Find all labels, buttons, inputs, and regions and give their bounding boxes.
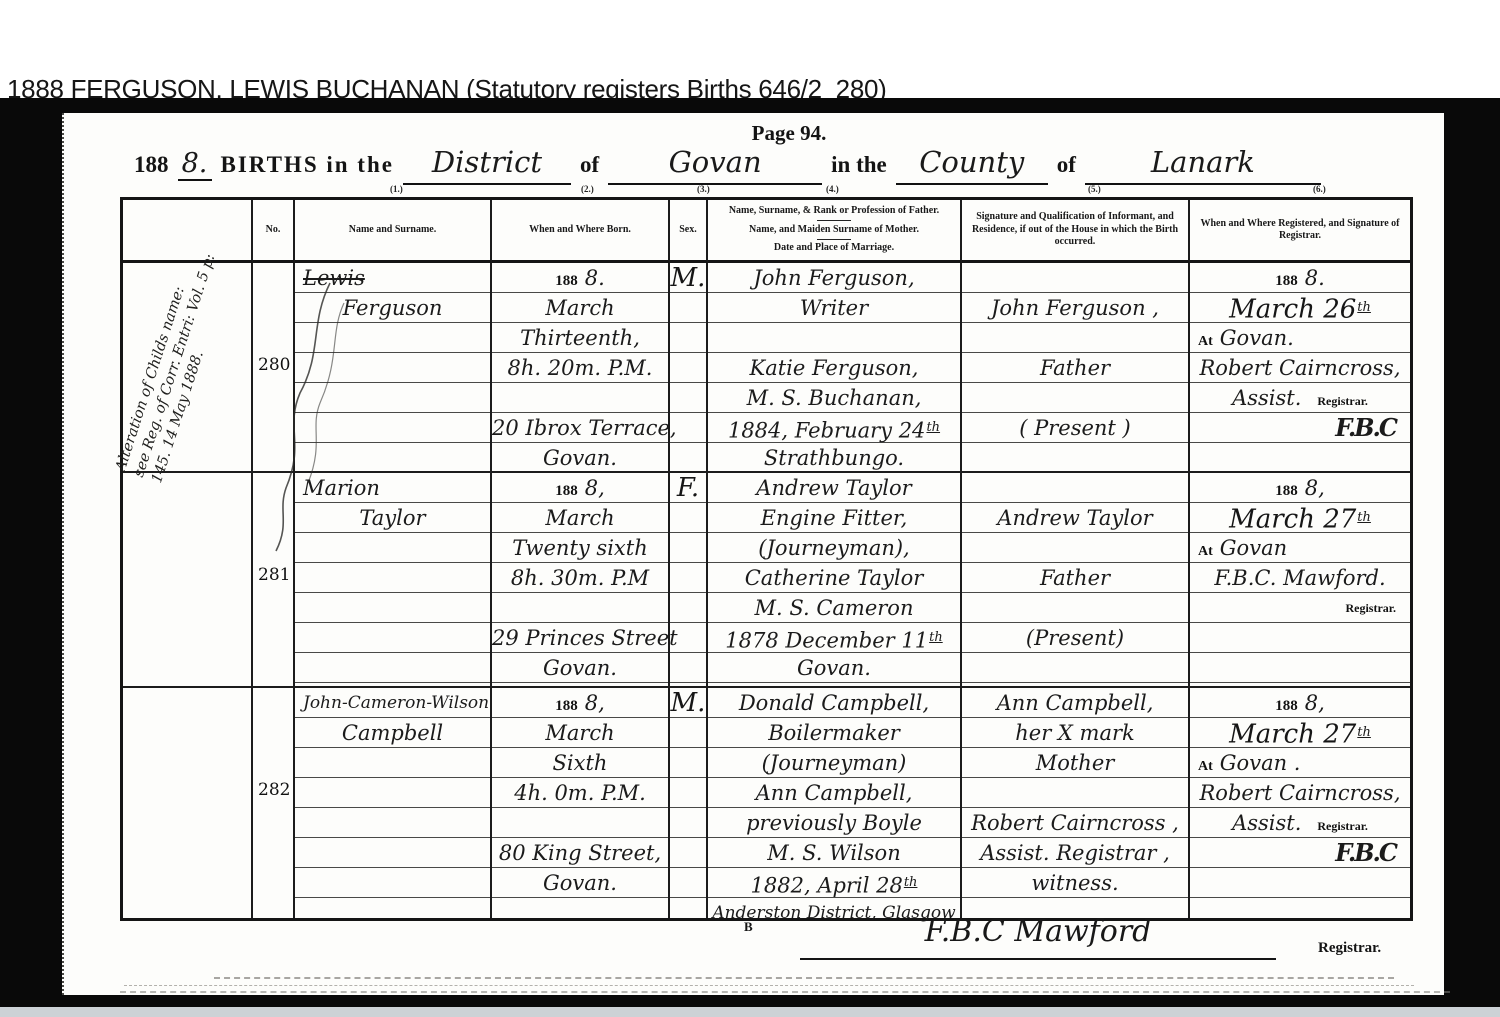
entry-line: 1888, (1190, 473, 1410, 503)
printed-text: At (1198, 759, 1213, 774)
column-number-3: (3.) (697, 184, 710, 194)
handwritten-text: previously Boyle (746, 811, 922, 835)
entry-line: Father (962, 563, 1188, 593)
entry-line: M. (670, 688, 706, 718)
handwritten-text: witness. (1031, 871, 1118, 895)
entry-line: 1888. (1190, 263, 1410, 293)
entry-line: Assist.Registrar. (1190, 808, 1410, 838)
column-number-1: (1.) (390, 184, 403, 194)
handwritten-text: 1884, February 24 (728, 418, 925, 442)
section-b-mark: B (744, 919, 753, 935)
handwritten-text: March (545, 296, 614, 320)
column-number-4: (4.) (826, 184, 839, 194)
header-informant-label: Signature and Qualification of Informant… (967, 211, 1183, 249)
handwritten-text: Ann Campbell, (756, 781, 913, 805)
entry-line: 1888, (492, 688, 668, 718)
handwritten-text: (Journeyman) (762, 751, 907, 775)
entry-282-informant-cell: Ann Campbell,her X markMotherRobert Cair… (962, 688, 1190, 918)
county-value: Lanark (1151, 145, 1255, 179)
scan-noise (124, 985, 1414, 986)
handwritten-text: Boilermaker (768, 721, 900, 745)
entry-line: her X mark (962, 718, 1188, 748)
handwritten-text: Strathbungo. (764, 446, 904, 470)
column-number-2: (2.) (581, 184, 594, 194)
header-sex: Sex. (670, 200, 708, 263)
entry-282-no-cell: 282 (253, 688, 295, 918)
entry-line: 1882, April 28th (708, 868, 960, 898)
handwritten-text: 8, (585, 476, 605, 500)
printed-text: Registrar. (1317, 394, 1368, 408)
handwritten-text: Robert Cairncross, (1199, 781, 1400, 805)
handwritten-text: Ann Campbell, (997, 691, 1154, 715)
entry-line: F. (670, 473, 706, 503)
entry-line: March 26th (1190, 293, 1410, 323)
district-blank: District (403, 143, 571, 185)
entry-282-father-cell: Donald Campbell,Boilermaker(Journeyman)A… (708, 688, 962, 918)
handwritten-text: Govan. (543, 446, 617, 470)
header-name: Name and Surname. (295, 200, 492, 263)
entry-line: March (492, 503, 668, 533)
entry-line: March 27th (1190, 718, 1410, 748)
entry-line: F.B.C (1190, 413, 1410, 443)
entry-line: AtGovan. (1190, 323, 1410, 353)
handwritten-text: 8h. 20m. P.M. (508, 356, 653, 380)
header-born-label: When and Where Born. (529, 224, 631, 237)
handwritten-text: th (904, 875, 918, 890)
header-father-line1: Name, Surname, & Rank or Profession of F… (729, 205, 939, 218)
handwritten-text: 8, (585, 691, 605, 715)
handwritten-text: F.B.C (1335, 838, 1396, 867)
entry-line: Writer (708, 293, 960, 323)
registrar-label: Registrar. (1318, 940, 1381, 960)
handwritten-text: th (1357, 300, 1371, 315)
entry-line: John Ferguson , (962, 293, 1188, 323)
register-sheet: Page 94. 188 8. BIRTHS in the District o… (62, 113, 1444, 995)
entry-line: John-Cameron-Wilson (295, 688, 490, 718)
handwritten-text: Ferguson (343, 296, 443, 320)
entry-line: Govan. (492, 653, 668, 683)
entry-line: Twenty sixth (492, 533, 668, 563)
entry-line: ( Present ) (962, 413, 1188, 443)
entry-line: M. (670, 263, 706, 293)
entry-line (708, 323, 960, 353)
handwritten-text: March 26 (1229, 294, 1356, 324)
entry-line (962, 533, 1188, 563)
header-informant: Signature and Qualification of Informant… (962, 200, 1190, 263)
printed-text: 188 (555, 698, 578, 714)
entry-line: 1888. (492, 263, 668, 293)
county-value-blank: Lanark (1085, 143, 1321, 185)
entry-line: Govan. (708, 653, 960, 683)
handwritten-text: 29 Princes Street (492, 626, 678, 650)
entry-line: 20 Ibrox Terrace, (492, 413, 668, 443)
handwritten-text: Govan . (1220, 751, 1301, 775)
entry-line: Ann Campbell, (962, 688, 1188, 718)
entry-line: Robert Cairncross, (1190, 778, 1410, 808)
handwritten-text: Robert Cairncross, (1199, 356, 1400, 380)
entry-281-sex-cell: F. (670, 473, 708, 688)
entry-282-registered-cell: 1888,March 27thAtGovan .Robert Cairncros… (1190, 688, 1410, 918)
entry-line (962, 383, 1188, 413)
handwritten-text: th (929, 630, 943, 645)
entry-281-margin-cell (123, 473, 253, 688)
printed-text: 188 (1275, 698, 1298, 714)
entry-line: Govan. (492, 868, 668, 898)
entry-line: Katie Ferguson, (708, 353, 960, 383)
bottom-strip (0, 1007, 1500, 1017)
handwritten-text: Andrew Taylor (997, 506, 1152, 530)
entry-280-father-cell: John Ferguson,WriterKatie Ferguson,M. S.… (708, 263, 962, 473)
register-title: 188 8. BIRTHS in the District of Govan i… (134, 143, 1439, 185)
header-registered: When and Where Registered, and Signature… (1190, 200, 1410, 263)
district-value: Govan (669, 145, 762, 179)
handwritten-text: 4h. 0m. P.M. (514, 781, 646, 805)
handwritten-text: 8. (1305, 266, 1325, 290)
entry-line: Father (962, 353, 1188, 383)
handwritten-text: March 27 (1229, 719, 1356, 749)
handwritten-text: John Ferguson , (991, 296, 1159, 320)
handwritten-text: Twenty sixth (512, 536, 647, 560)
entry-282-margin-cell (123, 688, 253, 918)
scan-noise (120, 991, 1450, 999)
handwritten-text: Katie Ferguson, (750, 356, 919, 380)
handwritten-text: her X mark (1015, 721, 1135, 745)
of-label-1: of (580, 152, 599, 178)
entry-line (962, 263, 1188, 293)
entry-line: Andrew Taylor (962, 503, 1188, 533)
entry-line: Sixth (492, 748, 668, 778)
entry-line: Andrew Taylor (708, 473, 960, 503)
handwritten-text: M. S. Wilson (767, 841, 900, 865)
handwritten-text: Govan. (1220, 326, 1294, 350)
handwritten-text: th (1357, 510, 1371, 525)
entry-line: F.B.C (1190, 838, 1410, 868)
header-name-label: Name and Surname. (349, 224, 437, 237)
signature-line: F.B.C Mawford (800, 914, 1276, 960)
entry-line: 1888, (492, 473, 668, 503)
header-divider (817, 239, 851, 240)
entry-line: M. S. Wilson (708, 838, 960, 868)
printed-text: Registrar. (1345, 601, 1396, 615)
handwritten-text: th (926, 420, 940, 435)
entry-line: Thirteenth, (492, 323, 668, 353)
entry-line: 4h. 0m. P.M. (492, 778, 668, 808)
county-blank: County (896, 143, 1048, 185)
entry-line: Ann Campbell, (708, 778, 960, 808)
entry-282-born-cell: 1888,MarchSixth4h. 0m. P.M.80 King Stree… (492, 688, 670, 918)
handwritten-text: Assist. (1232, 386, 1301, 410)
entry-280-informant-cell: John Ferguson ,Father( Present ) (962, 263, 1190, 473)
entry-line: 80 King Street, (492, 838, 668, 868)
column-number-row: (1.) (2.) (3.) (4.) (5.) (6.) (64, 184, 1444, 196)
header-father-line2: Name, and Maiden Surname of Mother. (749, 224, 919, 237)
entry-line: 29 Princes Street (492, 623, 668, 653)
entry-line: (Journeyman) (708, 748, 960, 778)
margin-scribble-icon (260, 263, 350, 563)
entry-line: Boilermaker (708, 718, 960, 748)
handwritten-text: M. (671, 263, 706, 293)
entry-280-born-cell: 1888.MarchThirteenth,8h. 20m. P.M.20 Ibr… (492, 263, 670, 473)
entry-line (962, 473, 1188, 503)
entry-line: March (492, 718, 668, 748)
handwritten-text: M. (671, 688, 706, 718)
handwritten-text: John Ferguson, (753, 266, 914, 290)
printed-text: 188 (555, 273, 578, 289)
handwritten-text: Govan. (797, 656, 871, 680)
year-printed: 188 (134, 152, 169, 178)
header-born: When and Where Born. (492, 200, 670, 263)
handwritten-text: March (545, 721, 614, 745)
district-value-blank: Govan (608, 143, 822, 185)
registrar-signature-row: F.B.C Mawford Registrar. (800, 914, 1381, 960)
entry-line: Engine Fitter, (708, 503, 960, 533)
scan-noise (214, 977, 1394, 979)
handwritten-text: Sixth (553, 751, 608, 775)
column-number-6: (6.) (1313, 184, 1326, 194)
entry-line: AtGovan (1190, 533, 1410, 563)
entry-line: Registrar. (1190, 593, 1410, 623)
entry-281-informant-cell: Andrew TaylorFather(Present) (962, 473, 1190, 688)
entry-line: 8h. 20m. P.M. (492, 353, 668, 383)
handwritten-text: 1882, April 28 (751, 873, 903, 897)
handwritten-text: March (545, 506, 614, 530)
entry-282-sex-cell: M. (670, 688, 708, 918)
entry-line: AtGovan . (1190, 748, 1410, 778)
handwritten-text: Robert Cairncross , (971, 811, 1179, 835)
in-the-label: in the (831, 152, 887, 178)
entry-line (962, 778, 1188, 808)
handwritten-text: 8h. 30m. P.M (511, 566, 649, 590)
entry-281-father-cell: Andrew TaylorEngine Fitter,(Journeyman),… (708, 473, 962, 688)
header-father: Name, Surname, & Rank or Profession of F… (708, 200, 962, 263)
entry-line: March (492, 293, 668, 323)
entry-line: Govan. (492, 443, 668, 473)
handwritten-text: M. S. Buchanan, (747, 386, 922, 410)
handwritten-text: Govan. (543, 656, 617, 680)
entry-line: Assist. Registrar , (962, 838, 1188, 868)
entry-line (492, 383, 668, 413)
handwritten-text: M. S. Cameron (755, 596, 914, 620)
handwritten-text: 1878 December 11 (725, 628, 928, 652)
registrar-signature: F.B.C Mawford (925, 914, 1152, 949)
handwritten-text: Campbell (342, 721, 443, 745)
printed-text: Registrar. (1317, 819, 1368, 833)
entry-281-born-cell: 1888,MarchTwenty sixth8h. 30m. P.M29 Pri… (492, 473, 670, 688)
handwritten-text: John-Cameron-Wilson (303, 693, 489, 713)
entry-line: 8h. 30m. P.M (492, 563, 668, 593)
handwritten-text: Andrew Taylor (756, 476, 911, 500)
header-sex-label: Sex. (679, 224, 697, 237)
handwritten-text: 20 Ibrox Terrace, (492, 416, 677, 440)
handwritten-text: Donald Campbell, (739, 691, 929, 715)
handwritten-text: Govan. (543, 871, 617, 895)
printed-text: 188 (1275, 483, 1298, 499)
column-number-5: (5.) (1088, 184, 1101, 194)
entry-line: (Journeyman), (708, 533, 960, 563)
entry-line: 1884, February 24th (708, 413, 960, 443)
handwritten-text: Writer (800, 296, 868, 320)
entry-line: F.B.C. Mawford. (1190, 563, 1410, 593)
handwritten-text: Father (1040, 356, 1110, 380)
printed-text: At (1198, 544, 1213, 559)
entry-line: Robert Cairncross, (1190, 353, 1410, 383)
screenshot-root: 1888 FERGUSON, LEWIS BUCHANAN (Statutory… (0, 0, 1500, 1017)
entry-number: 282 (253, 688, 293, 800)
handwritten-text: Govan (1220, 536, 1287, 560)
entry-282-name-cell: John-Cameron-WilsonCampbell (295, 688, 492, 918)
printed-text: At (1198, 334, 1213, 349)
entry-line (962, 593, 1188, 623)
handwritten-text: March 27 (1229, 504, 1356, 534)
header-no: No. (253, 200, 295, 263)
entry-line: M. S. Cameron (708, 593, 960, 623)
printed-text: 188 (555, 483, 578, 499)
entry-line (962, 323, 1188, 353)
handwritten-text: Taylor (359, 506, 425, 530)
district-word: District (432, 145, 542, 179)
entry-line (492, 593, 668, 623)
births-label: BIRTHS in the (221, 152, 394, 178)
entry-line: Catherine Taylor (708, 563, 960, 593)
handwritten-text: Engine Fitter, (761, 506, 908, 530)
entry-line: Mother (962, 748, 1188, 778)
header-registered-label: When and Where Registered, and Signature… (1195, 218, 1405, 243)
entry-line: M. S. Buchanan, (708, 383, 960, 413)
entry-line (492, 808, 668, 838)
entry-line: (Present) (962, 623, 1188, 653)
of-label-2: of (1057, 152, 1076, 178)
entry-281-registered-cell: 1888,March 27thAtGovanF.B.C. Mawford.Reg… (1190, 473, 1410, 688)
handwritten-text: (Journeyman), (758, 536, 909, 560)
entry-line: 1878 December 11th (708, 623, 960, 653)
handwritten-text: F. (677, 473, 699, 503)
handwritten-text: Father (1040, 566, 1110, 590)
entry-line: previously Boyle (708, 808, 960, 838)
entry-line: Robert Cairncross , (962, 808, 1188, 838)
handwritten-text: Mother (1036, 751, 1115, 775)
handwritten-text: ( Present ) (1019, 416, 1131, 440)
handwritten-text: Thirteenth, (520, 326, 640, 350)
handwritten-text: Assist. Registrar , (980, 841, 1170, 865)
handwritten-text: 8, (1305, 691, 1325, 715)
entry-line: Assist.Registrar. (1190, 383, 1410, 413)
header-no-label: No. (266, 224, 281, 237)
entry-line: Donald Campbell, (708, 688, 960, 718)
handwritten-text: (Present) (1026, 626, 1124, 650)
handwritten-text: Assist. (1232, 811, 1301, 835)
entry-line: Strathbungo. (708, 443, 960, 473)
handwritten-text: F.B.C (1335, 413, 1396, 442)
entry-280-registered-cell: 1888.March 26thAtGovan.Robert Cairncross… (1190, 263, 1410, 473)
handwritten-text: 80 King Street, (499, 841, 661, 865)
scan-surround: Page 94. 188 8. BIRTHS in the District o… (0, 98, 1500, 1007)
entry-line: Campbell (295, 718, 490, 748)
header-father-line3: Date and Place of Marriage. (774, 242, 894, 255)
handwritten-text: 8. (585, 266, 605, 290)
entry-280-sex-cell: M. (670, 263, 708, 473)
handwritten-text: th (1357, 725, 1371, 740)
county-word: County (919, 145, 1024, 179)
header-divider (817, 220, 851, 221)
entry-line: 1888, (1190, 688, 1410, 718)
entry-line: March 27th (1190, 503, 1410, 533)
handwritten-text: Catherine Taylor (745, 566, 924, 590)
printed-text: 188 (1275, 273, 1298, 289)
entry-line: witness. (962, 868, 1188, 898)
entry-line: John Ferguson, (708, 263, 960, 293)
handwritten-text: 8, (1305, 476, 1325, 500)
handwritten-text: F.B.C. Mawford. (1214, 566, 1385, 590)
